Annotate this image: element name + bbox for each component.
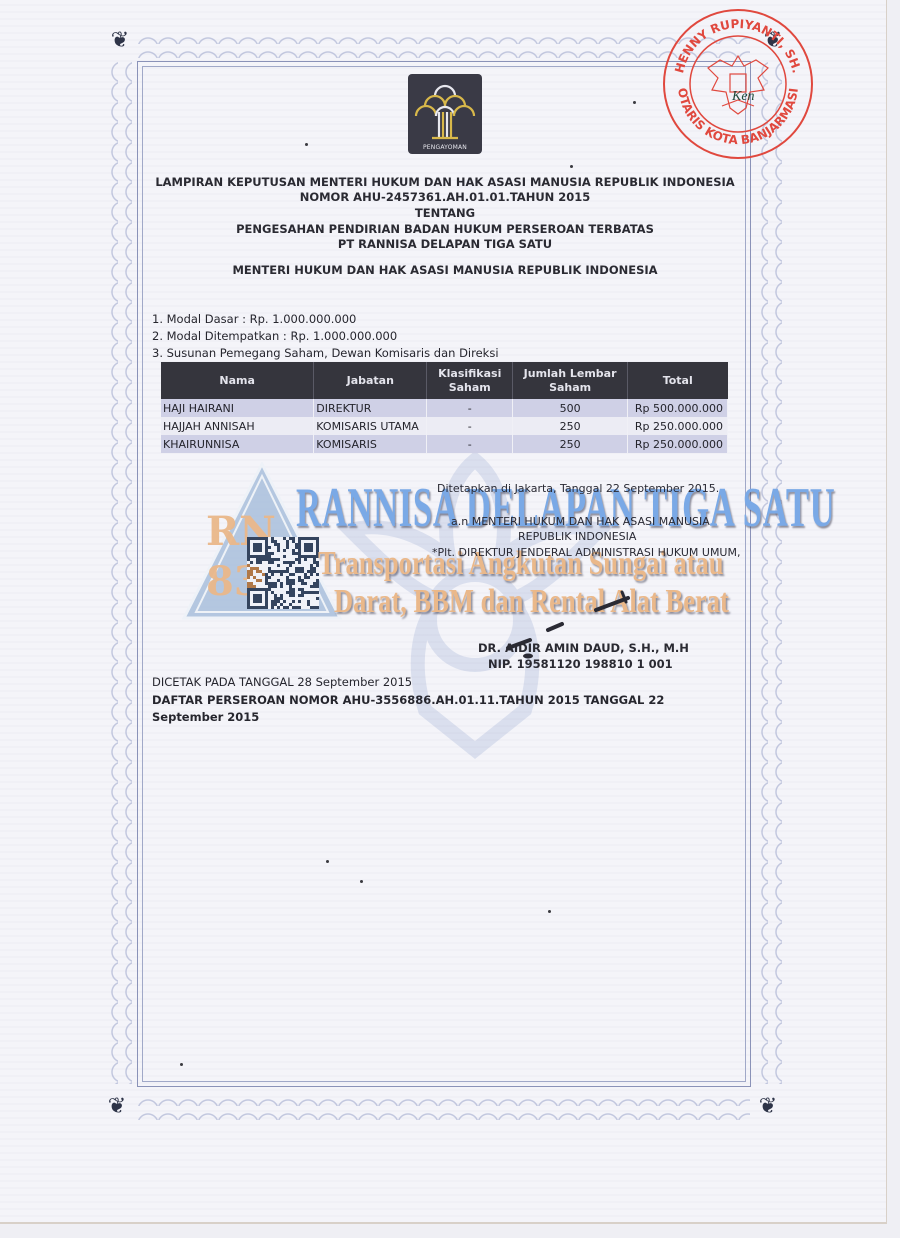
table-row: HAJJAH ANNISAH KOMISARIS UTAMA - 250 Rp … (161, 417, 728, 435)
registry-number: DAFTAR PERSEROAN NOMOR AHU-3556886.AH.01… (152, 692, 712, 726)
corner-ornament-icon: ❦ (755, 1094, 781, 1120)
on-behalf-line-1: a.n MENTERI HUKUM DAN HAK ASASI MANUSIA (451, 515, 710, 528)
cell-klasifikasi: - (427, 417, 513, 435)
shareholder-table: Nama Jabatan KlasifikasiSaham Jumlah Lem… (161, 362, 728, 453)
col-header-nama: Nama (161, 362, 314, 399)
cell-jabatan: KOMISARIS UTAMA (314, 417, 427, 435)
cell-total: Rp 250.000.000 (627, 417, 727, 435)
cell-klasifikasi: - (427, 399, 513, 417)
heading-decree-number: NOMOR AHU-2457361.AH.01.01.TAHUN 2015 (150, 190, 740, 204)
border-pattern-top (138, 30, 750, 60)
heading-line-1: LAMPIRAN KEPUTUSAN MENTERI HUKUM DAN HAK… (150, 175, 740, 189)
table-row: KHAIRUNNISA KOMISARIS - 250 Rp 250.000.0… (161, 435, 728, 453)
speck (180, 1063, 183, 1066)
col-header-jabatan: Jabatan (314, 362, 427, 399)
qr-code-icon (247, 537, 319, 609)
border-pattern-bottom (138, 1092, 750, 1122)
office-title: *Plt. DIREKTUR JENDERAL ADMINISTRASI HUK… (432, 546, 740, 559)
cell-total: Rp 500.000.000 (627, 399, 727, 417)
cell-klasifikasi: - (427, 435, 513, 453)
stamp-initials: Ken (731, 89, 755, 104)
border-pattern-left (104, 62, 134, 1084)
list-item-susunan: 3. Susunan Pemegang Saham, Dewan Komisar… (152, 345, 499, 362)
office-title-text: Plt. DIREKTUR JENDERAL ADMINISTRASI HUKU… (438, 546, 741, 559)
cell-jumlah: 500 (513, 399, 628, 417)
speck (548, 910, 551, 913)
cell-nama: HAJJAH ANNISAH (161, 417, 314, 435)
capital-list: 1. Modal Dasar : Rp. 1.000.000.000 2. Mo… (152, 311, 499, 362)
table-header-row: Nama Jabatan KlasifikasiSaham Jumlah Lem… (161, 362, 728, 399)
speck (570, 165, 573, 168)
col-header-total: Total (627, 362, 727, 399)
list-item-modal-dasar: 1. Modal Dasar : Rp. 1.000.000.000 (152, 311, 499, 328)
cell-jabatan: KOMISARIS (314, 435, 427, 453)
col-header-jumlah: Jumlah LembarSaham (513, 362, 628, 399)
speck (305, 143, 308, 146)
signatory-name: DR. AIDIR AMIN DAUD, S.H., M.H (478, 641, 689, 655)
heading-minister: MENTERI HUKUM DAN HAK ASASI MANUSIA REPU… (150, 263, 740, 277)
pengayoman-logo: PENGAYOMAN (408, 74, 482, 154)
heading-subject: PENGESAHAN PENDIRIAN BADAN HUKUM PERSERO… (150, 222, 740, 236)
cell-total: Rp 250.000.000 (627, 435, 727, 453)
place-date: Ditetapkan di Jakarta, Tanggal 22 Septem… (437, 482, 719, 495)
pengayoman-tree-icon (408, 74, 482, 154)
cell-nama: KHAIRUNNISA (161, 435, 314, 453)
logo-label: PENGAYOMAN (408, 144, 482, 151)
speck (633, 101, 636, 104)
on-behalf-line-2: REPUBLIK INDONESIA (518, 530, 636, 543)
notary-stamp: HENNY RUPIYANTI, SH. NOTARIS KOTA BANJAR… (660, 6, 816, 162)
printed-date: DICETAK PADA TANGGAL 28 September 2015 (152, 675, 412, 689)
signatory-nip: NIP. 19581120 198810 1 001 (488, 657, 673, 671)
speck (326, 860, 329, 863)
list-item-modal-ditempatkan: 2. Modal Ditempatkan : Rp. 1.000.000.000 (152, 328, 499, 345)
corner-ornament-icon: ❦ (107, 28, 133, 54)
cell-jumlah: 250 (513, 435, 628, 453)
speck (360, 880, 363, 883)
border-pattern-right (754, 62, 784, 1084)
col-header-klasifikasi: KlasifikasiSaham (427, 362, 513, 399)
cell-jumlah: 250 (513, 417, 628, 435)
cell-jabatan: DIREKTUR (314, 399, 427, 417)
cell-nama: HAJI HAIRANI (161, 399, 314, 417)
table-row: HAJI HAIRANI DIREKTUR - 500 Rp 500.000.0… (161, 399, 728, 417)
garuda-emblem-icon (708, 56, 768, 114)
heading-tentang: TENTANG (150, 206, 740, 220)
heading-company-name: PT RANNISA DELAPAN TIGA SATU (150, 237, 740, 251)
corner-ornament-icon: ❦ (104, 1094, 130, 1120)
